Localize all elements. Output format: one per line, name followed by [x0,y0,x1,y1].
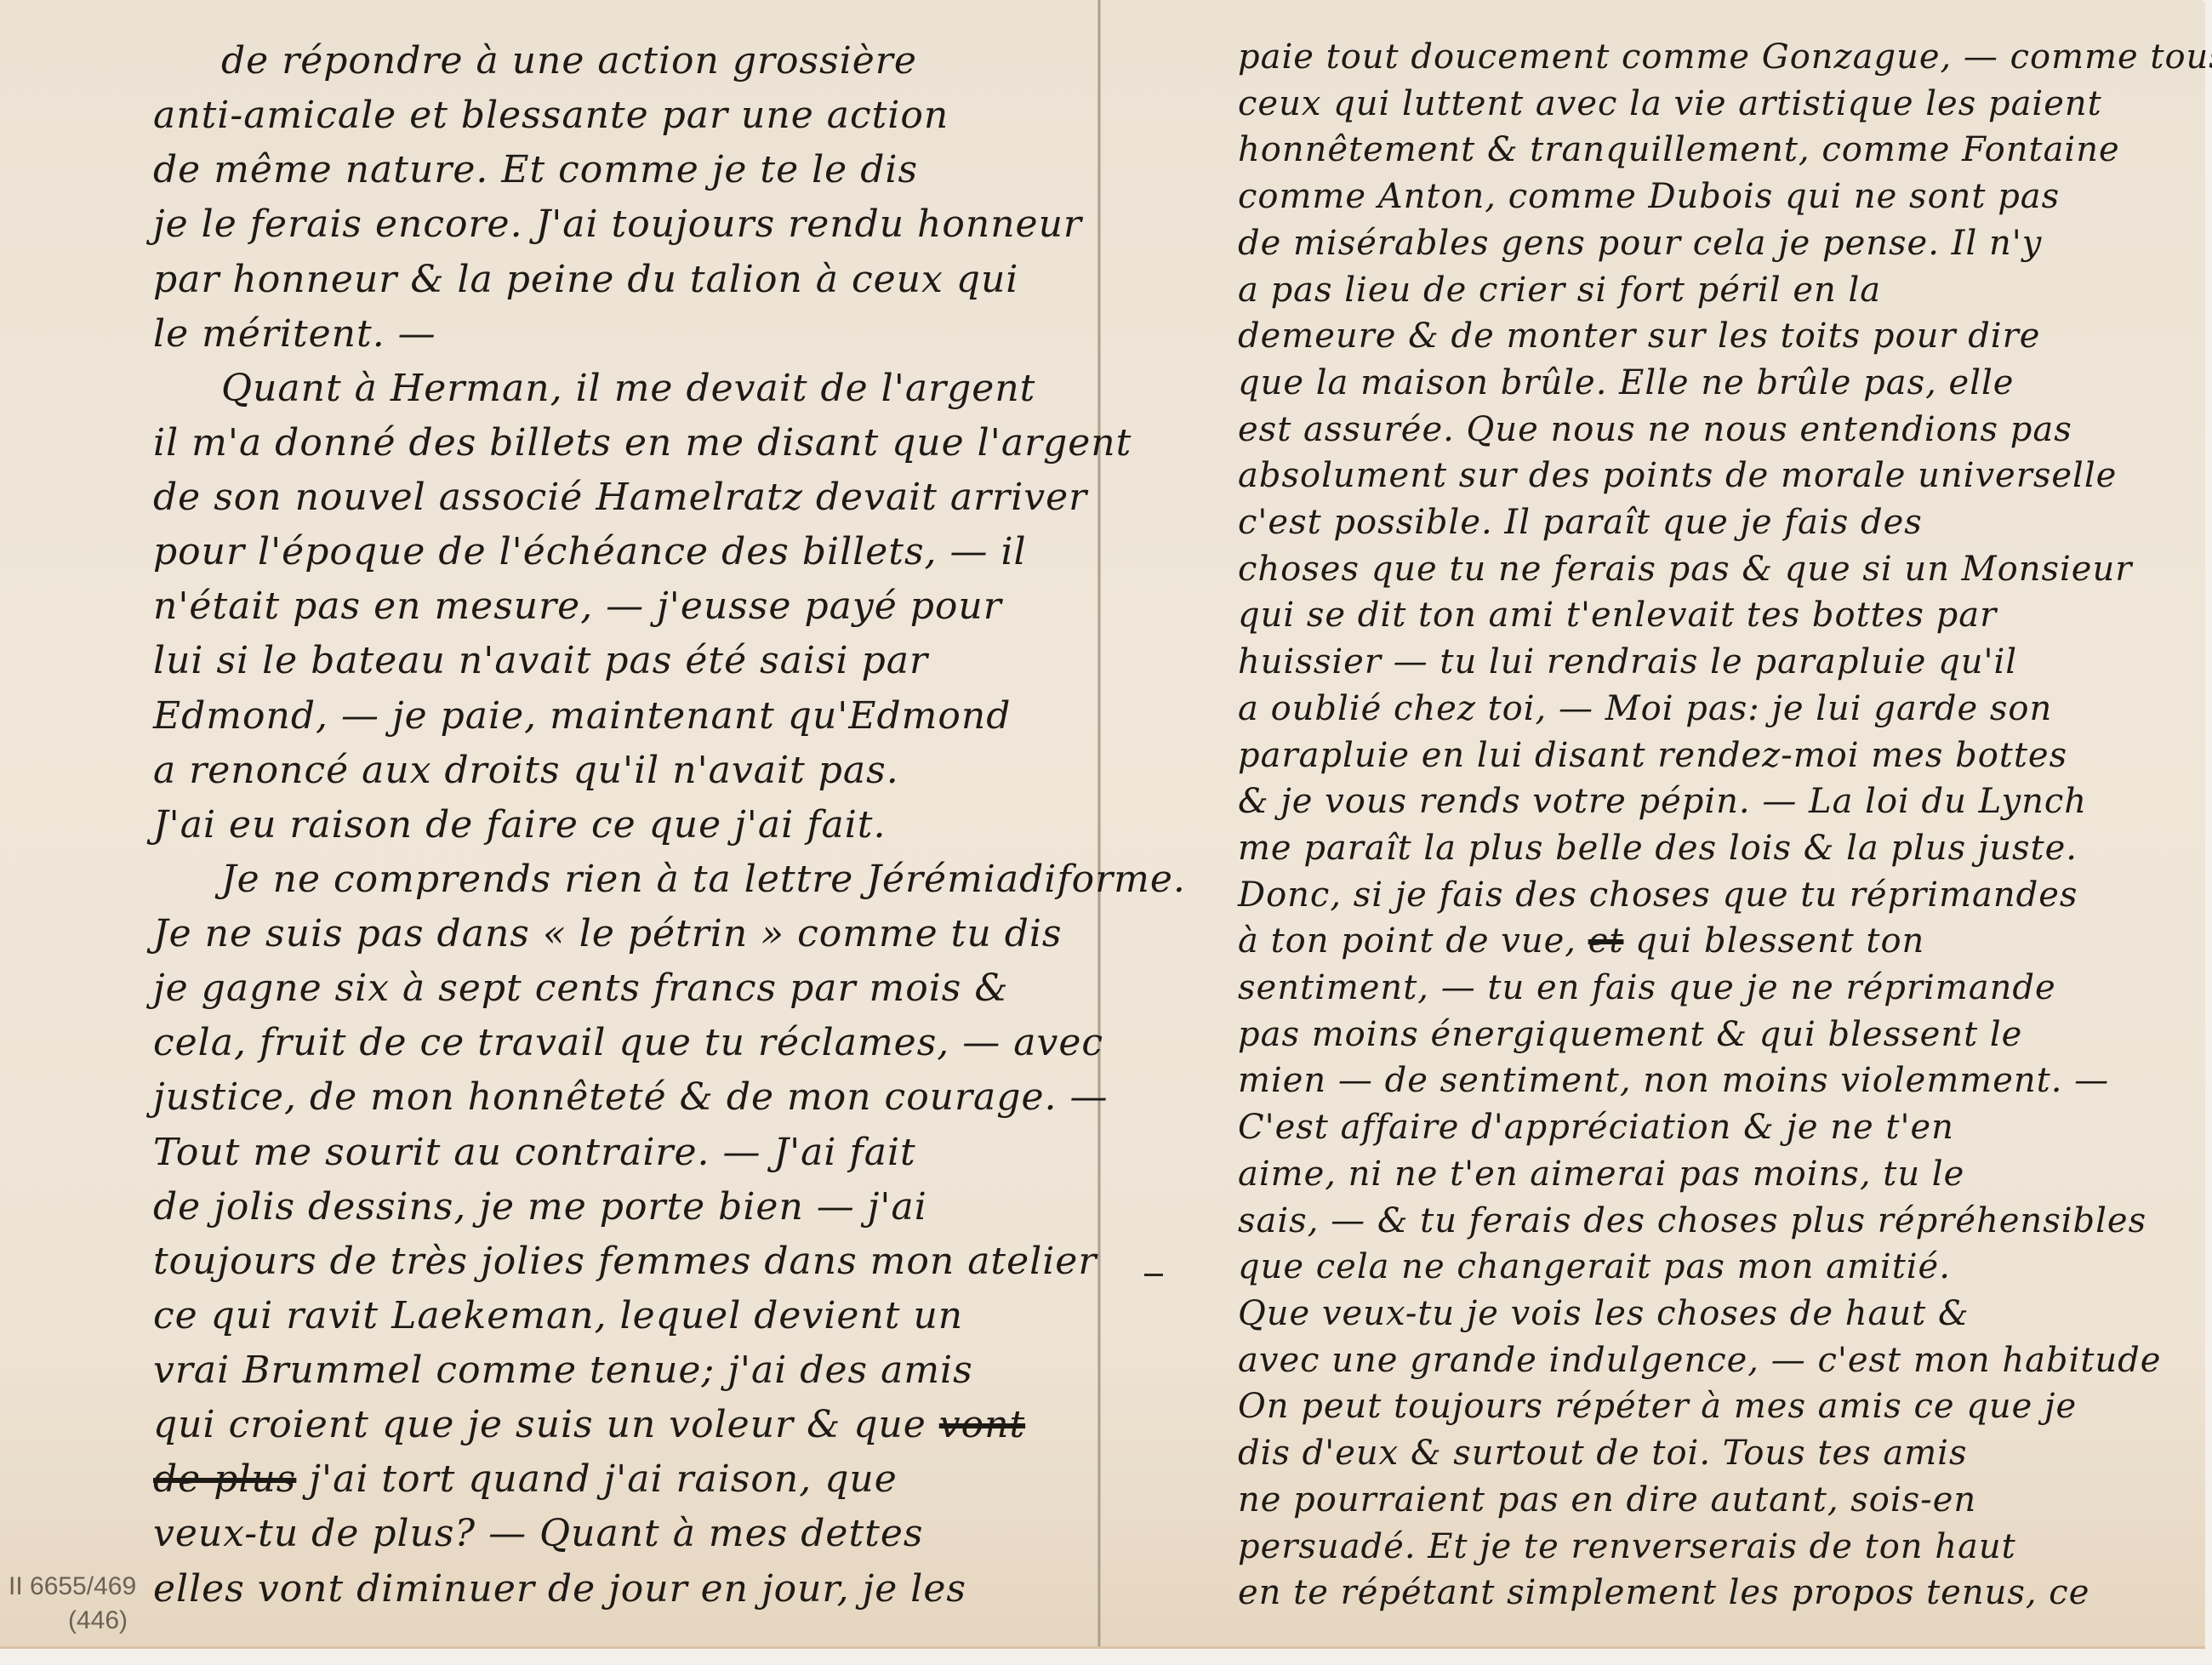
handwritten-line: paie tout doucement comme Gonzague, — co… [1238,34,2191,81]
handwritten-line: justice, de mon honnêteté & de mon coura… [153,1070,1097,1125]
handwritten-line: C'est affaire d'appréciation & je ne t'e… [1238,1104,2191,1151]
handwritten-line: cela, fruit de ce travail que tu réclame… [153,1016,1097,1070]
handwritten-line: c'est possible. Il paraît que je fais de… [1238,499,2191,546]
handwritten-line: sentiment, — tu en fais que je ne réprim… [1238,965,2191,1012]
left-page: de répondre à une action grossièreanti-a… [153,34,1097,1617]
center-fold [1097,0,1101,1646]
handwritten-line: comme Anton, comme Dubois qui ne sont pa… [1238,174,2191,220]
handwritten-line: de misérables gens pour cela je pense. I… [1238,220,2191,267]
handwritten-line: de plus j'ai tort quand j'ai raison, que [153,1452,1097,1507]
handwritten-line: de répondre à une action grossière [153,34,1097,88]
handwritten-line: de même nature. Et comme je te le dis [153,143,1097,197]
handwritten-line: honnêtement & tranquillement, comme Font… [1238,127,2191,174]
right-page: paie tout doucement comme Gonzague, — co… [1238,34,2191,1617]
handwritten-line: est assurée. Que nous ne nous entendions… [1238,407,2191,453]
handwritten-line: parapluie en lui disant rendez-moi mes b… [1238,733,2191,779]
handwritten-line: je le ferais encore. J'ai toujours rendu… [153,197,1097,252]
handwritten-line: le méritent. — [153,307,1097,362]
catalog-number: II 6655/469 (446) [9,1570,136,1638]
handwritten-line: à ton point de vue, et qui blessent ton [1238,918,2191,965]
handwritten-line: anti-amicale et blessante par une action [153,88,1097,143]
handwritten-line: toujours de très jolies femmes dans mon … [153,1234,1097,1289]
handwritten-line: choses que tu ne ferais pas & que si un … [1238,546,2191,593]
handwritten-line: qui croient que je suis un voleur & que … [153,1398,1097,1452]
handwritten-line: elles vont diminuer de jour en jour, je … [153,1562,1097,1617]
handwritten-line: que cela ne changerait pas mon amitié. [1238,1244,2191,1291]
handwritten-line: pour l'époque de l'échéance des billets,… [153,525,1097,579]
handwritten-line: absolument sur des points de morale univ… [1238,453,2191,499]
handwritten-line: de son nouvel associé Hamelratz devait a… [153,470,1097,525]
handwritten-line: me paraît la plus belle des lois & la pl… [1238,825,2191,872]
handwritten-line: mien — de sentiment, non moins violemmen… [1238,1058,2191,1104]
handwritten-line: huissier — tu lui rendrais le parapluie … [1238,639,2191,686]
handwritten-line: aime, ni ne t'en aimerai pas moins, tu l… [1238,1151,2191,1198]
handwritten-line: & je vous rends votre pépin. — La loi du… [1238,778,2191,825]
handwritten-line: n'était pas en mesure, — j'eusse payé po… [153,579,1097,634]
struck-out-text: vont [939,1403,1025,1446]
handwritten-line: Que veux-tu je vois les choses de haut & [1238,1291,2191,1337]
handwritten-line: ce qui ravit Laekeman, lequel devient un [153,1289,1097,1343]
handwritten-line: Je ne suis pas dans « le pétrin » comme … [153,907,1097,961]
handwritten-line: de jolis dessins, je me porte bien — j'a… [153,1180,1097,1234]
handwritten-line: que la maison brûle. Elle ne brûle pas, … [1238,360,2191,407]
catalog-number-line: (446) [9,1604,136,1638]
handwritten-line: avec une grande indulgence, — c'est mon … [1238,1337,2191,1384]
struck-out-text: et [1588,921,1624,961]
handwritten-line: qui se dit ton ami t'enlevait tes bottes… [1238,592,2191,639]
handwritten-line: Edmond, — je paie, maintenant qu'Edmond [153,689,1097,744]
handwritten-line: en te répétant simplement les propos ten… [1238,1570,2191,1617]
handwritten-line: dis d'eux & surtout de toi. Tous tes ami… [1238,1430,2191,1477]
struck-out-text: de plus [153,1457,296,1501]
letter-sheet: de répondre à une action grossièreanti-a… [0,0,2205,1649]
handwritten-line: par honneur & la peine du talion à ceux … [153,253,1097,307]
catalog-number-line: II 6655/469 [9,1570,136,1604]
handwritten-line: pas moins énergiquement & qui blessent l… [1238,1012,2191,1058]
handwritten-line: J'ai eu raison de faire ce que j'ai fait… [153,798,1097,852]
handwritten-line: vrai Brummel comme tenue; j'ai des amis [153,1343,1097,1398]
handwritten-line: persuadé. Et je te renverserais de ton h… [1238,1524,2191,1571]
handwritten-line: Tout me sourit au contraire. — J'ai fait [153,1126,1097,1180]
handwritten-line: a pas lieu de crier si fort péril en la [1238,267,2191,314]
handwritten-line: lui si le bateau n'avait pas été saisi p… [153,634,1097,688]
handwritten-line: a oublié chez toi, — Moi pas: je lui gar… [1238,686,2191,733]
handwritten-line: ne pourraient pas en dire autant, sois-e… [1238,1477,2191,1524]
handwritten-line: Je ne comprends rien à ta lettre Jérémia… [153,852,1097,907]
handwritten-line: On peut toujours répéter à mes amis ce q… [1238,1383,2191,1430]
margin-dash-mark [1144,1274,1163,1276]
handwritten-line: sais, — & tu ferais des choses plus répr… [1238,1198,2191,1245]
handwritten-line: demeure & de monter sur les toits pour d… [1238,313,2191,360]
handwritten-line: Donc, si je fais des choses que tu répri… [1238,872,2191,919]
handwritten-line: ceux qui luttent avec la vie artistique … [1238,81,2191,128]
handwritten-line: a renoncé aux droits qu'il n'avait pas. [153,744,1097,798]
handwritten-line: veux-tu de plus? — Quant à mes dettes [153,1507,1097,1561]
handwritten-line: il m'a donné des billets en me disant qu… [153,416,1097,470]
handwritten-line: Quant à Herman, il me devait de l'argent [153,362,1097,416]
handwritten-line: je gagne six à sept cents francs par moi… [153,961,1097,1016]
